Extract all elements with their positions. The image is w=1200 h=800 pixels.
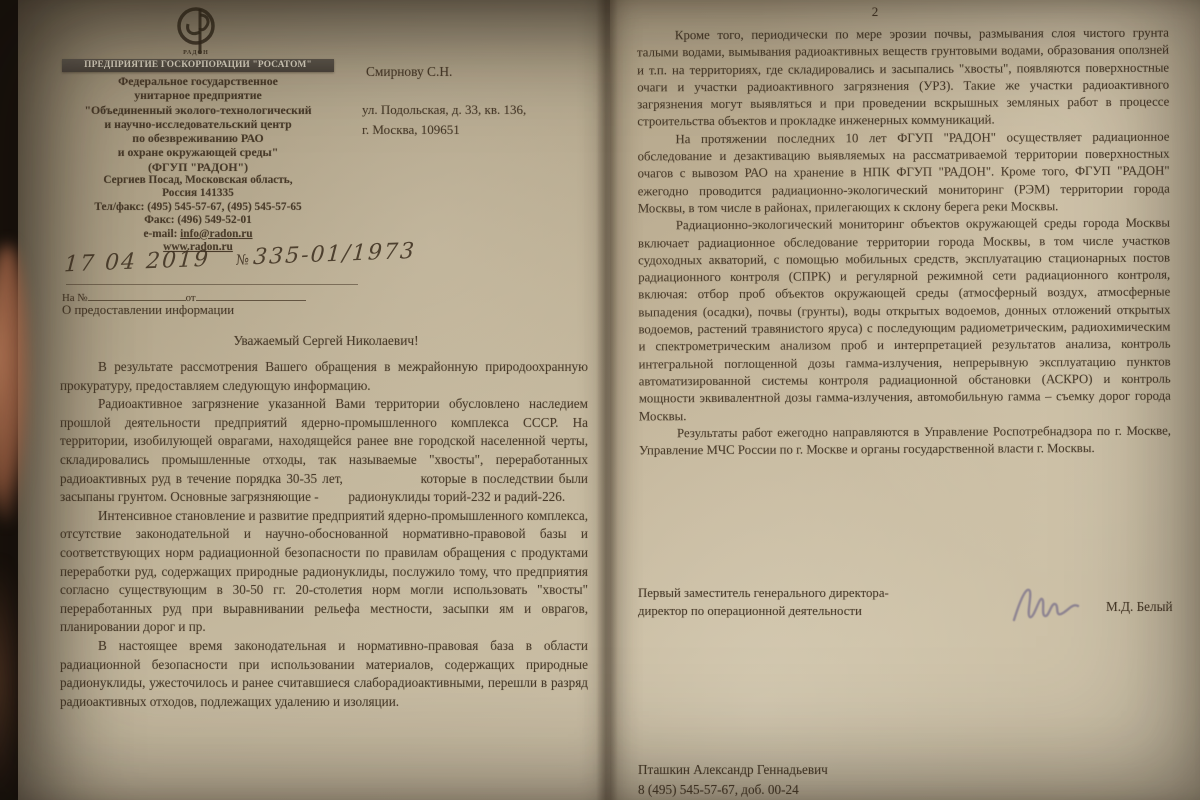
letterhead: Федеральное государственное унитарное пр… bbox=[62, 74, 334, 255]
document-photo: РАДОН ПРЕДПРИЯТИЕ ГОСКОРПОРАЦИИ "РОСАТОМ… bbox=[0, 0, 1200, 800]
ref-underline bbox=[66, 284, 358, 285]
page-number: 2 bbox=[610, 4, 1140, 20]
email-label: e-mail: bbox=[143, 228, 180, 240]
letter-subject: О предоставлении информации bbox=[62, 303, 234, 318]
executor-name: Пташкин Александр Геннадьевич bbox=[638, 760, 1038, 780]
rosatom-banner: ПРЕДПРИЯТИЕ ГОСКОРПОРАЦИИ "РОСАТОМ" bbox=[62, 59, 334, 72]
number-sign: № bbox=[235, 252, 249, 269]
radon-logo-caption: РАДОН bbox=[170, 50, 222, 56]
executor-phone: 8 (495) 545-57-67, доб. 00-24 bbox=[638, 780, 1038, 800]
signature-position-line1: Первый заместитель генерального директор… bbox=[638, 585, 978, 603]
executor-contact: Пташкин Александр Геннадьевич 8 (495) 54… bbox=[638, 760, 1038, 799]
letterhead-line: Федеральное государственное bbox=[62, 74, 334, 88]
signature-position-line2: директор по операционной деятельности bbox=[638, 603, 978, 621]
letterhead-city: Сергиев Посад, Московская область, bbox=[62, 174, 334, 187]
letterhead-country: Россия 141335 bbox=[62, 187, 334, 200]
letter-body-page1: В результате рассмотрения Вашего обращен… bbox=[60, 358, 588, 711]
addressee-name: Смирнову С.Н. bbox=[366, 62, 581, 81]
salutation: Уважаемый Сергей Николаевич! bbox=[62, 333, 590, 349]
signature-position: Первый заместитель генерального директор… bbox=[638, 585, 978, 620]
letterhead-line: по обезвреживанию РАО bbox=[62, 131, 334, 145]
letter-paragraph: Радиационно-экологический мониторинг объ… bbox=[638, 215, 1171, 425]
letterhead-phone: Тел/факс: (495) 545-57-67, (495) 545-57-… bbox=[62, 201, 334, 214]
email-address: info@radon.ru bbox=[180, 228, 252, 240]
reference-line: На №от bbox=[62, 290, 306, 304]
signer-name: М.Д. Белый bbox=[1106, 599, 1173, 615]
radon-logo-icon bbox=[170, 2, 222, 66]
addressee-address-line2: г. Москва, 109651 bbox=[362, 120, 582, 140]
ref-blank bbox=[196, 290, 306, 301]
letter-page-2: 2 Кроме того, периодически по мере эрози… bbox=[610, 0, 1200, 800]
handwritten-date: 17 04 2019 bbox=[63, 247, 211, 278]
letter-paragraph: Кроме того, периодически по мере эрозии … bbox=[637, 25, 1170, 132]
letterhead-line: "Объединенный эколого-технологический bbox=[62, 103, 334, 117]
handwritten-signature-icon bbox=[1008, 580, 1098, 632]
letter-paragraph: Результаты работ ежегодно направляются в… bbox=[639, 422, 1171, 459]
letter-paragraph: На протяжении последних 10 лет ФГУП "РАД… bbox=[637, 128, 1169, 217]
letter-paragraph: Радиоактивное загрязнение указанной Вами… bbox=[60, 395, 588, 507]
addressee-address-line1: ул. Подольская, д. 33, кв. 136, bbox=[362, 100, 582, 120]
letter-paragraph: Интенсивное становление и развитие предп… bbox=[60, 507, 588, 637]
letterhead-org-short: (ФГУП "РАДОН") bbox=[62, 160, 334, 174]
letterhead-line: и охране окружающей среды" bbox=[62, 145, 334, 159]
letter-paragraph: В настоящее время законодательная и норм… bbox=[60, 637, 588, 711]
letterhead-fax: Факс: (496) 549-52-01 bbox=[62, 214, 334, 227]
letterhead-email: e-mail: info@radon.ru bbox=[62, 228, 334, 241]
letter-paragraph: В результате рассмотрения Вашего обращен… bbox=[60, 358, 588, 395]
handwritten-number: 335-01/1973 bbox=[252, 239, 416, 270]
letterhead-line: и научно-исследовательский центр bbox=[62, 117, 334, 131]
ref-blank bbox=[88, 290, 186, 301]
letter-page-1: РАДОН ПРЕДПРИЯТИЕ ГОСКОРПОРАЦИИ "РОСАТОМ… bbox=[18, 0, 610, 800]
letter-body-page2: Кроме того, периодически по мере эрозии … bbox=[637, 25, 1171, 460]
letterhead-line: унитарное предприятие bbox=[62, 88, 334, 102]
addressee-address: ул. Подольская, д. 33, кв. 136, г. Москв… bbox=[362, 100, 582, 139]
